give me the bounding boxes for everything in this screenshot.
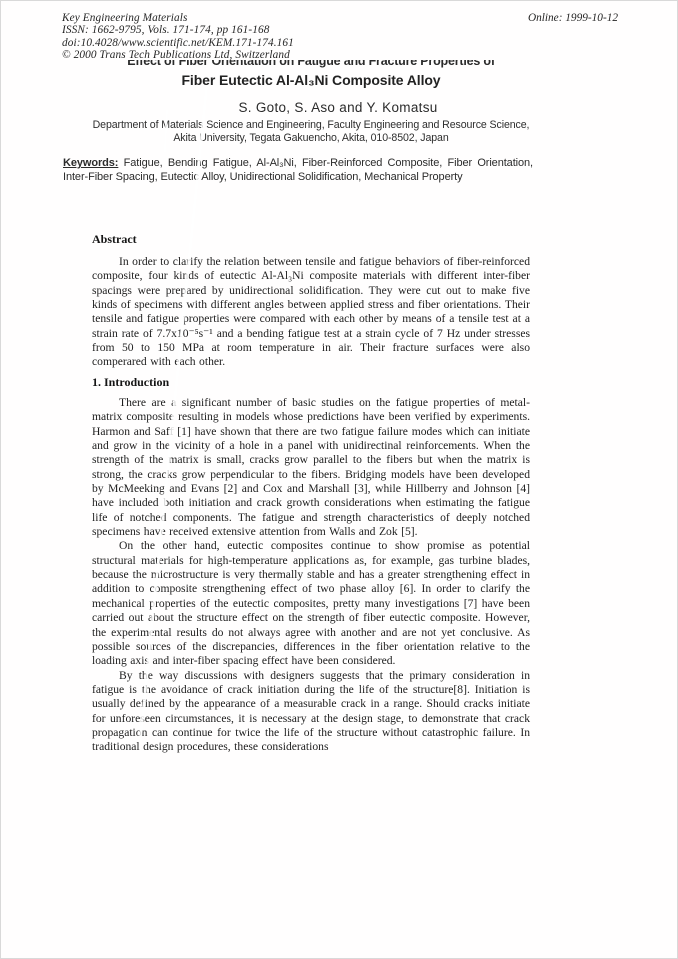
affiliation-line-1: Department of Materials Science and Engi… xyxy=(92,119,530,132)
issn-line: ISSN: 1662-9795, Vols. 171-174, pp 161-1… xyxy=(62,24,294,36)
introduction-body: There are a significant number of basic … xyxy=(92,396,530,755)
affiliation-line-2: Akita University, Tegata Gakuencho, Akit… xyxy=(92,132,530,145)
journal-header: Key Engineering Materials ISSN: 1662-979… xyxy=(62,12,294,62)
abstract-body: In order to clarify the relation between… xyxy=(92,255,530,370)
scanned-paper-page: Key Engineering Materials ISSN: 1662-979… xyxy=(0,0,678,959)
abstract-paragraph: In order to clarify the relation between… xyxy=(92,255,530,370)
keywords-label: Keywords: xyxy=(63,157,118,169)
article-title-line2: Fiber Eutectic Al-Al₃Ni Composite Alloy xyxy=(92,72,530,88)
intro-paragraph-1: There are a significant number of basic … xyxy=(92,396,530,539)
intro-paragraph-2: On the other hand, eutectic composites c… xyxy=(92,539,530,668)
abstract-heading: Abstract xyxy=(92,232,137,247)
keywords-text: Fatigue, Bending Fatigue, Al-Al₃Ni, Fibe… xyxy=(63,157,533,183)
article-title-line1: Effect of Fiber Orientation on Fatigue a… xyxy=(72,60,550,70)
introduction-heading: 1. Introduction xyxy=(92,375,169,390)
journal-title: Key Engineering Materials xyxy=(62,12,294,24)
article-title-line1-clipped: Effect of Fiber Orientation on Fatigue a… xyxy=(72,60,550,70)
doi-line: doi:10.4028/www.scientific.net/KEM.171-1… xyxy=(62,37,294,49)
online-date: Online: 1999-10-12 xyxy=(528,12,618,24)
intro-paragraph-3: By the way discussions with designers su… xyxy=(92,669,530,755)
authors-line: S. Goto, S. Aso and Y. Komatsu xyxy=(119,100,557,115)
keywords-block: Keywords: Fatigue, Bending Fatigue, Al-A… xyxy=(63,156,533,184)
affiliation: Department of Materials Science and Engi… xyxy=(92,119,530,144)
